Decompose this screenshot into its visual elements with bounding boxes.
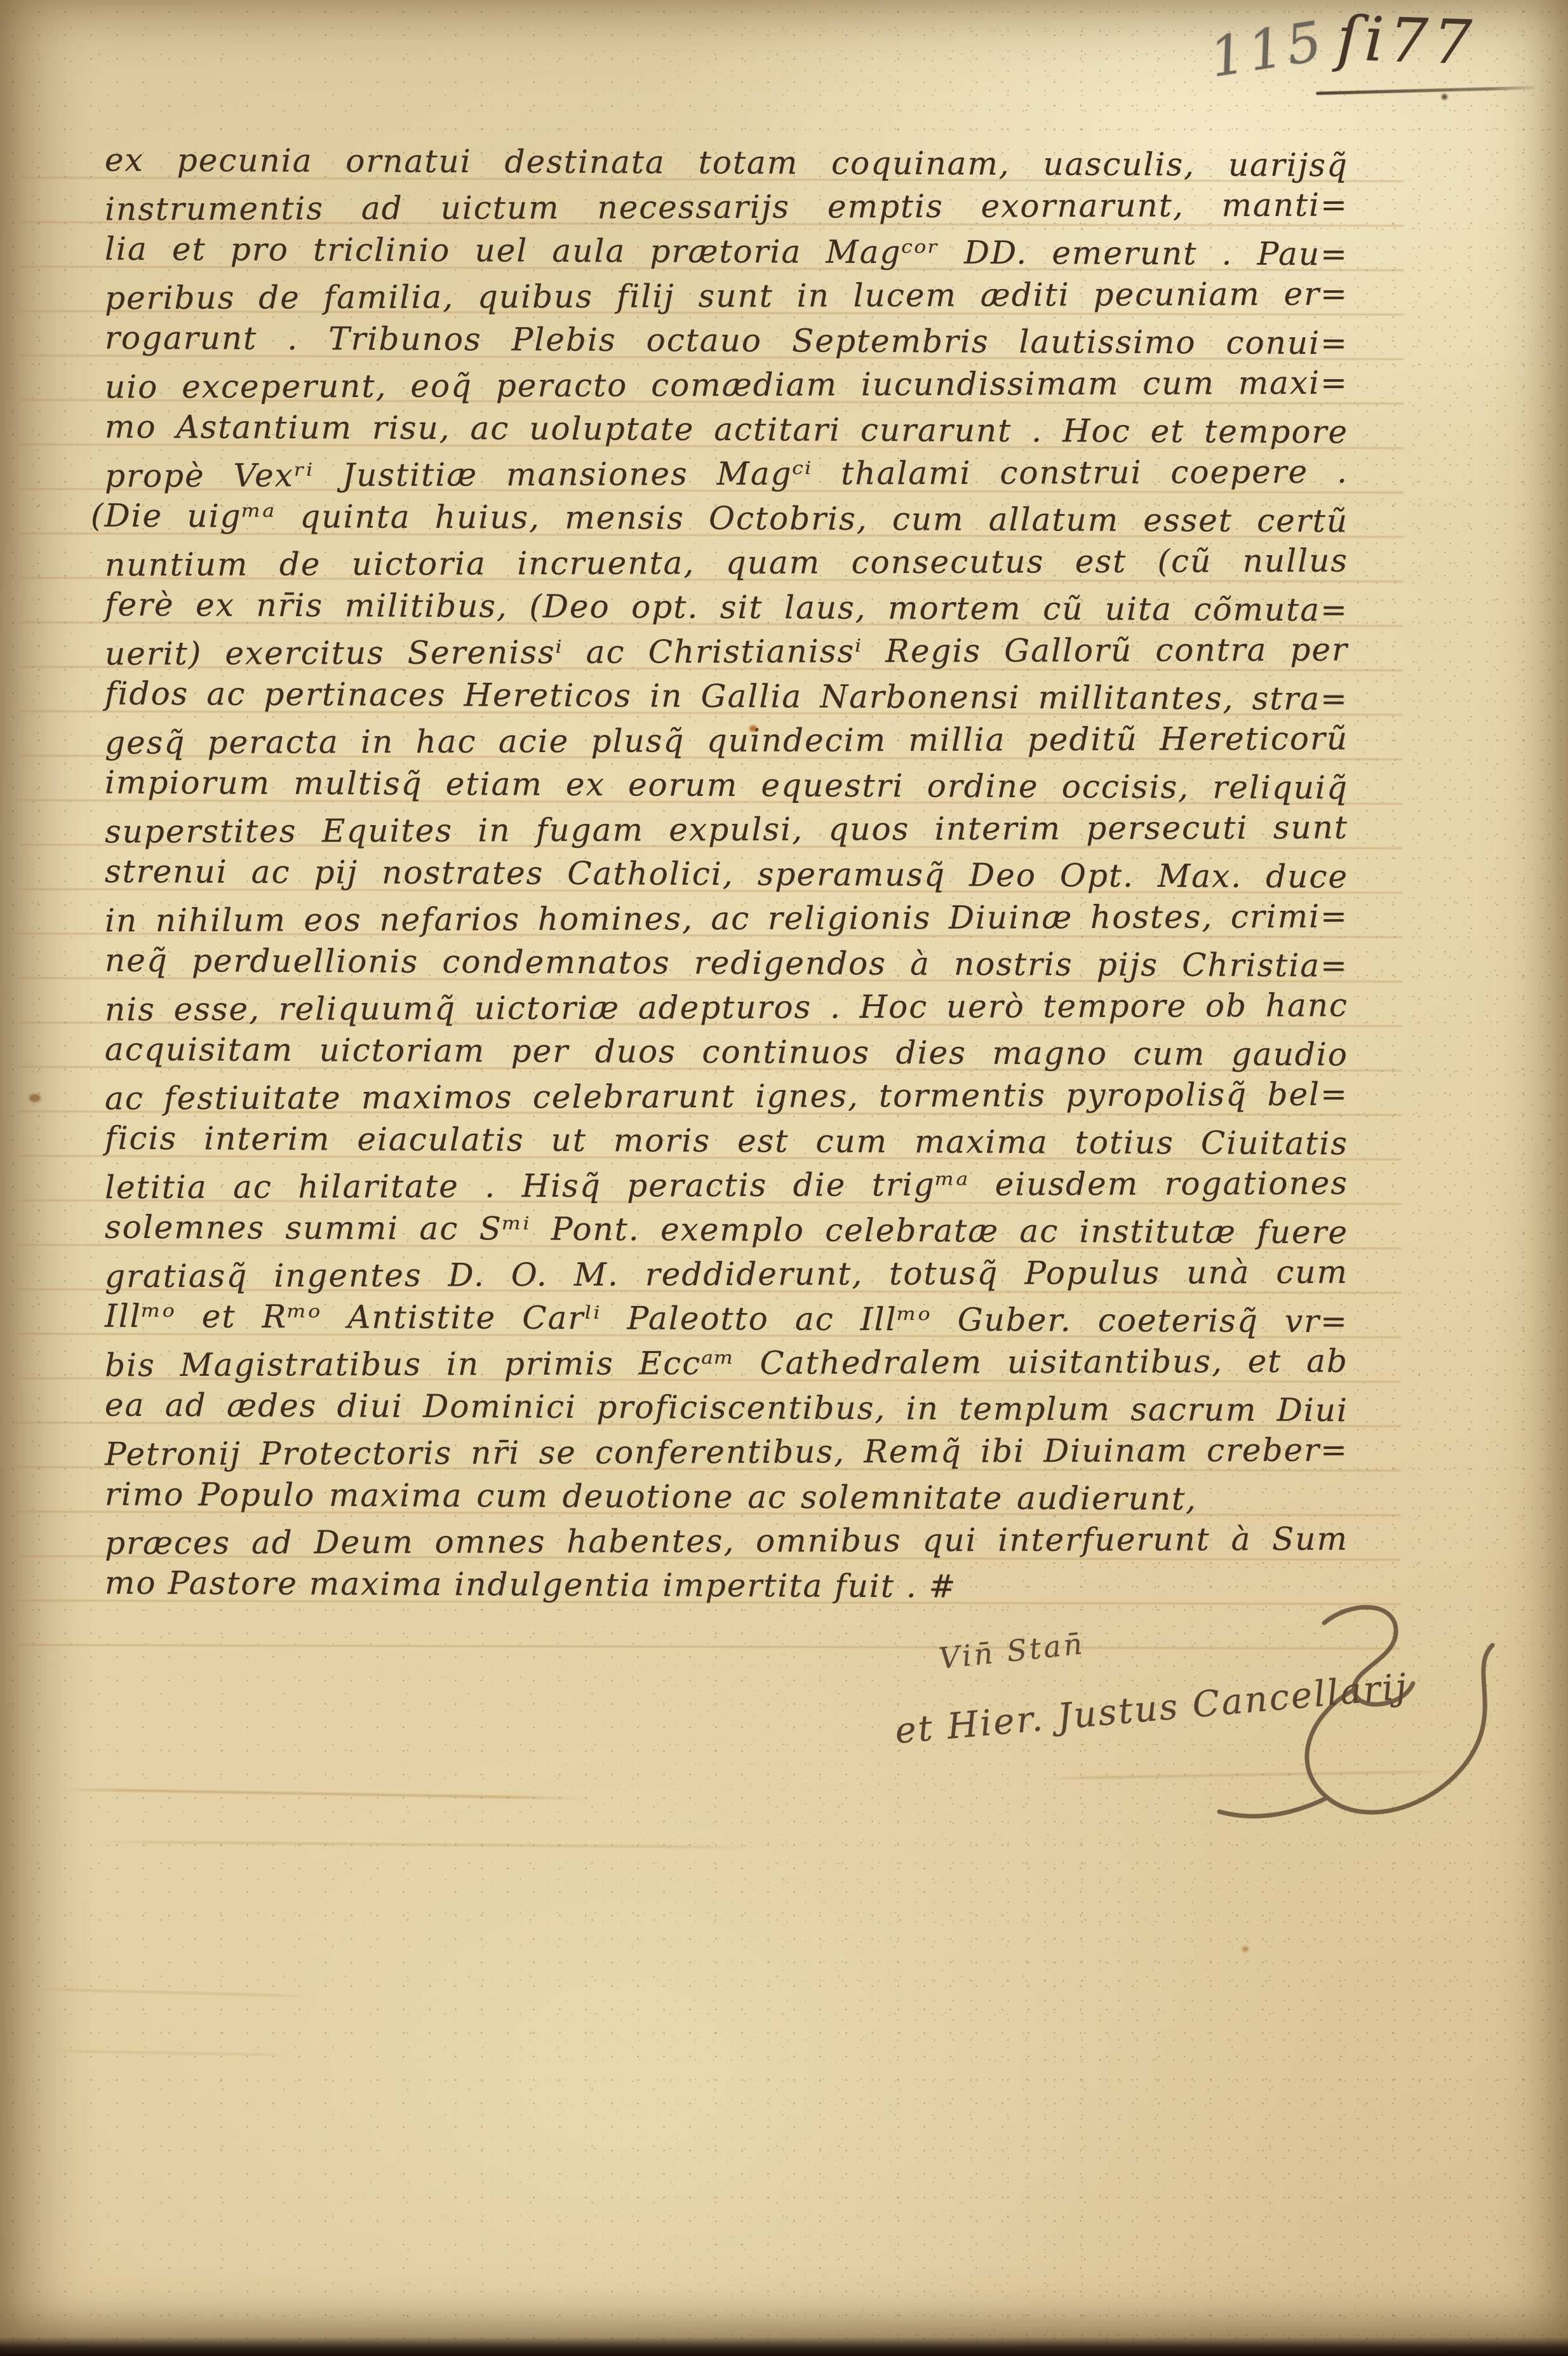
manuscript-line: peribus de familia, quibus filij sunt in… [105,272,1348,321]
stain [1442,94,1447,100]
manuscript-line: superstites Equites in fugam expulsi, qu… [105,805,1348,854]
manuscript-line: ficis interim eiaculatis ut moris est cu… [105,1116,1348,1166]
signature-flourish [1194,1588,1562,1829]
manuscript-page: { "page": { "pencil_folio": "115", "ink_… [0,0,1568,2356]
page-bottom-edge [0,2337,1568,2356]
manuscript-line: Illᵐᵒ et Rᵐᵒ Antistite Carˡⁱ Paleotto ac… [105,1294,1348,1344]
stain [749,725,757,732]
manuscript-line: propè Vexʳⁱ Justitiæ mansiones Magᶜⁱ tha… [105,450,1348,499]
manuscript-line: impiorum multisq̃ etiam ex eorum equestr… [105,760,1348,811]
manuscript-line: neq̃ perduellionis condemnatos redigendo… [105,938,1348,988]
manuscript-line: (Die uigᵐᵃ quinta huius, mensis Octobris… [105,494,1348,544]
manuscript-line: lia et pro triclinio uel aula prætoria M… [105,227,1348,277]
stain [29,1094,41,1102]
folio-number-ink: ſi77 [1336,3,1478,79]
manuscript-line: strenui ac pij nostrates Catholici, sper… [105,849,1348,899]
manuscript-line: nis esse, reliquumq̃ uictoriæ adepturos … [105,983,1348,1032]
manuscript-line: rimo Populo maxima cum deuotione ac sole… [105,1472,1197,1521]
manuscript-line: præces ad Deum omnes habentes, omnibus q… [105,1517,1348,1566]
manuscript-line: instrumentis ad uictum necessarijs empti… [105,183,1348,232]
manuscript-line: Petronij Protectoris nr̄i se conferentib… [105,1428,1348,1477]
manuscript-text-block: ex pecunia ornatui destinata totam coqui… [105,140,1348,1608]
manuscript-line: nuntium de uictoria incruenta, quam cons… [105,539,1348,588]
manuscript-line: ac festiuitate maximos celebrarunt ignes… [105,1072,1348,1121]
manuscript-line: letitia ac hilaritate . Hisq̃ peractis d… [105,1161,1348,1210]
manuscript-line: uio exceperunt, eoq̃ peracto comædiam iu… [105,361,1348,410]
manuscript-line: mo Pastore maxima indulgentia impertita … [105,1561,1348,1611]
manuscript-line: in nihilum eos nefarios homines, ac reli… [105,894,1348,943]
manuscript-line: bis Magistratibus in primis Eccᵃᵐ Cathed… [105,1339,1348,1388]
manuscript-line: gratiasq̃ ingentes D. O. M. reddiderunt,… [105,1250,1348,1299]
manuscript-line: rogarunt . Tribunos Plebis octauo Septem… [105,316,1348,366]
manuscript-line: ferè ex nr̄is militibus, (Deo opt. sit l… [105,582,1348,633]
manuscript-line: solemnes summi ac Sᵐⁱ Pont. exemplo cele… [105,1205,1348,1255]
manuscript-line: ea ad ædes diui Dominici proficiscentibu… [105,1383,1348,1433]
manuscript-line: fidos ac pertinaces Hereticos in Gallia … [105,671,1348,722]
stain [1242,1946,1249,1952]
manuscript-line: ex pecunia ornatui destinata totam coqui… [105,138,1348,188]
manuscript-line: mo Astantium risu, ac uoluptate actitari… [105,405,1348,455]
manuscript-line: gesq̃ peracta in hac acie plusq̃ quindec… [105,717,1348,765]
manuscript-line: acquisitam uictoriam per duos continuos … [105,1027,1348,1077]
manuscript-line: uerit) exercitus Serenissⁱ ac Christiani… [105,628,1348,677]
